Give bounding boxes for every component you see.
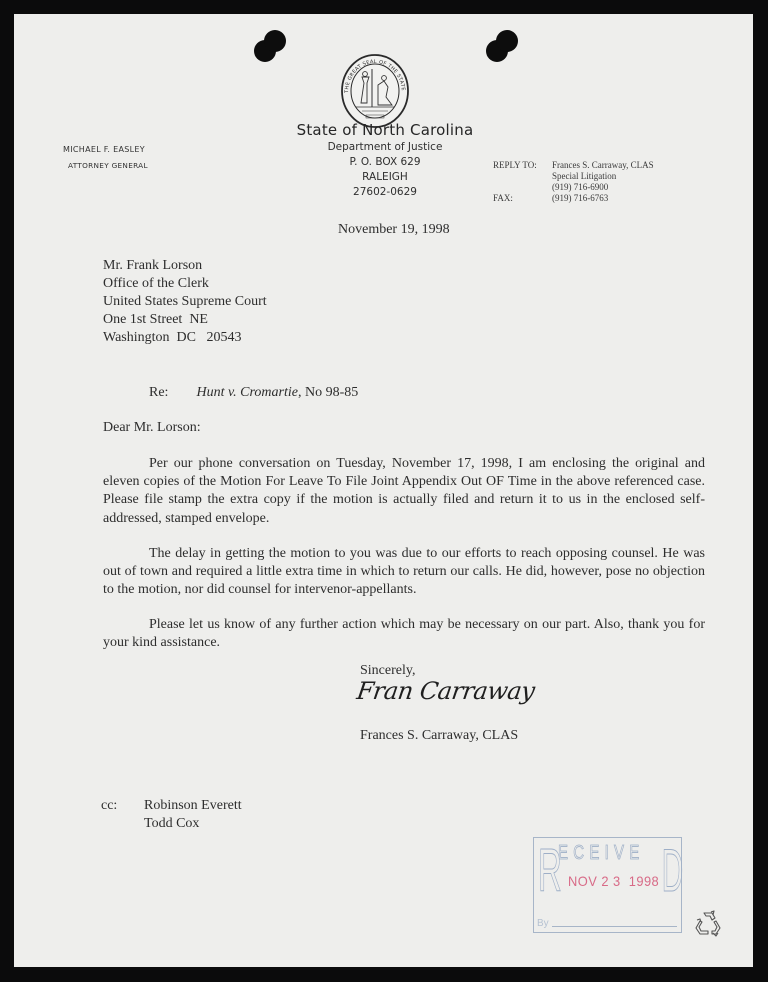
letter-page: THE GREAT SEAL OF THE STATE OF NORTH CAR… xyxy=(14,14,753,967)
recipient-line: Mr. Frank Lorson xyxy=(103,257,267,275)
cc-list: Robinson Everett Todd Cox xyxy=(144,797,242,833)
fax-number: (919) 716-6763 xyxy=(552,193,608,205)
stamp-letters: ECEIVE xyxy=(558,842,645,865)
re-case-name: Hunt v. Cromartie xyxy=(196,385,298,400)
recipient-line: United States Supreme Court xyxy=(103,293,267,311)
stamp-letter-d: D xyxy=(661,841,683,901)
punch-hole-left xyxy=(250,24,294,68)
paragraph-1: Per our phone conversation on Tuesday, N… xyxy=(103,455,705,528)
recycle-icon xyxy=(694,909,722,937)
letter-date: November 19, 1998 xyxy=(338,221,450,239)
letterhead-center: State of North Carolina Department of Ju… xyxy=(274,121,496,200)
re-label: Re: xyxy=(149,385,168,400)
po-box: P. O. BOX 629 xyxy=(274,155,496,170)
signer-name: Frances S. Carraway, CLAS xyxy=(360,727,518,745)
recipient-line: One 1st Street NE xyxy=(103,311,267,329)
fax-label: FAX: xyxy=(493,193,513,205)
body-paragraph: Per our phone conversation on Tuesday, N… xyxy=(103,455,705,528)
received-stamp: R ECEIVE D NOV 2 3 1998 By xyxy=(533,837,682,933)
body-paragraph: The delay in getting the motion to you w… xyxy=(103,545,705,600)
cc-label: cc: xyxy=(101,797,117,815)
recipient-line: Office of the Clerk xyxy=(103,275,267,293)
reply-to-block: REPLY TO: Frances S. Carraway, CLAS Spec… xyxy=(493,160,693,210)
reply-to-name: Frances S. Carraway, CLAS xyxy=(552,160,654,172)
zip-code: 27602-0629 xyxy=(274,185,496,200)
body-paragraph: Please let us know of any further action… xyxy=(103,616,705,652)
stamp-by-line xyxy=(552,926,677,927)
city: RALEIGH xyxy=(274,170,496,185)
state-name: State of North Carolina xyxy=(274,121,496,140)
punch-hole-right xyxy=(482,24,526,68)
paragraph-2: The delay in getting the motion to you w… xyxy=(103,545,705,600)
reply-to-phone: (919) 716-6900 xyxy=(552,182,608,194)
recipient-address: Mr. Frank Lorson Office of the Clerk Uni… xyxy=(103,257,267,347)
salutation: Dear Mr. Lorson: xyxy=(103,419,201,437)
re-case-number: , No 98-85 xyxy=(298,385,358,400)
re-line: Re: Hunt v. Cromartie, No 98-85 xyxy=(149,384,358,402)
attorney-general-name: MICHAEL F. EASLEY xyxy=(63,145,145,154)
reply-to-unit: Special Litigation xyxy=(552,171,616,183)
cc-recipient: Todd Cox xyxy=(144,815,242,833)
stamp-date: NOV 2 3 1998 xyxy=(568,873,659,889)
reply-to-label: REPLY TO: xyxy=(493,160,537,172)
stamp-by-label: By xyxy=(537,918,549,929)
department-name: Department of Justice xyxy=(274,140,496,155)
paragraph-3: Please let us know of any further action… xyxy=(103,616,705,652)
attorney-general-title: ATTORNEY GENERAL xyxy=(68,161,148,170)
cc-recipient: Robinson Everett xyxy=(144,797,242,815)
handwritten-signature: Fran Carraway xyxy=(355,677,536,705)
recipient-line: Washington DC 20543 xyxy=(103,329,267,347)
state-seal-icon: THE GREAT SEAL OF THE STATE OF NORTH CAR… xyxy=(340,53,410,129)
